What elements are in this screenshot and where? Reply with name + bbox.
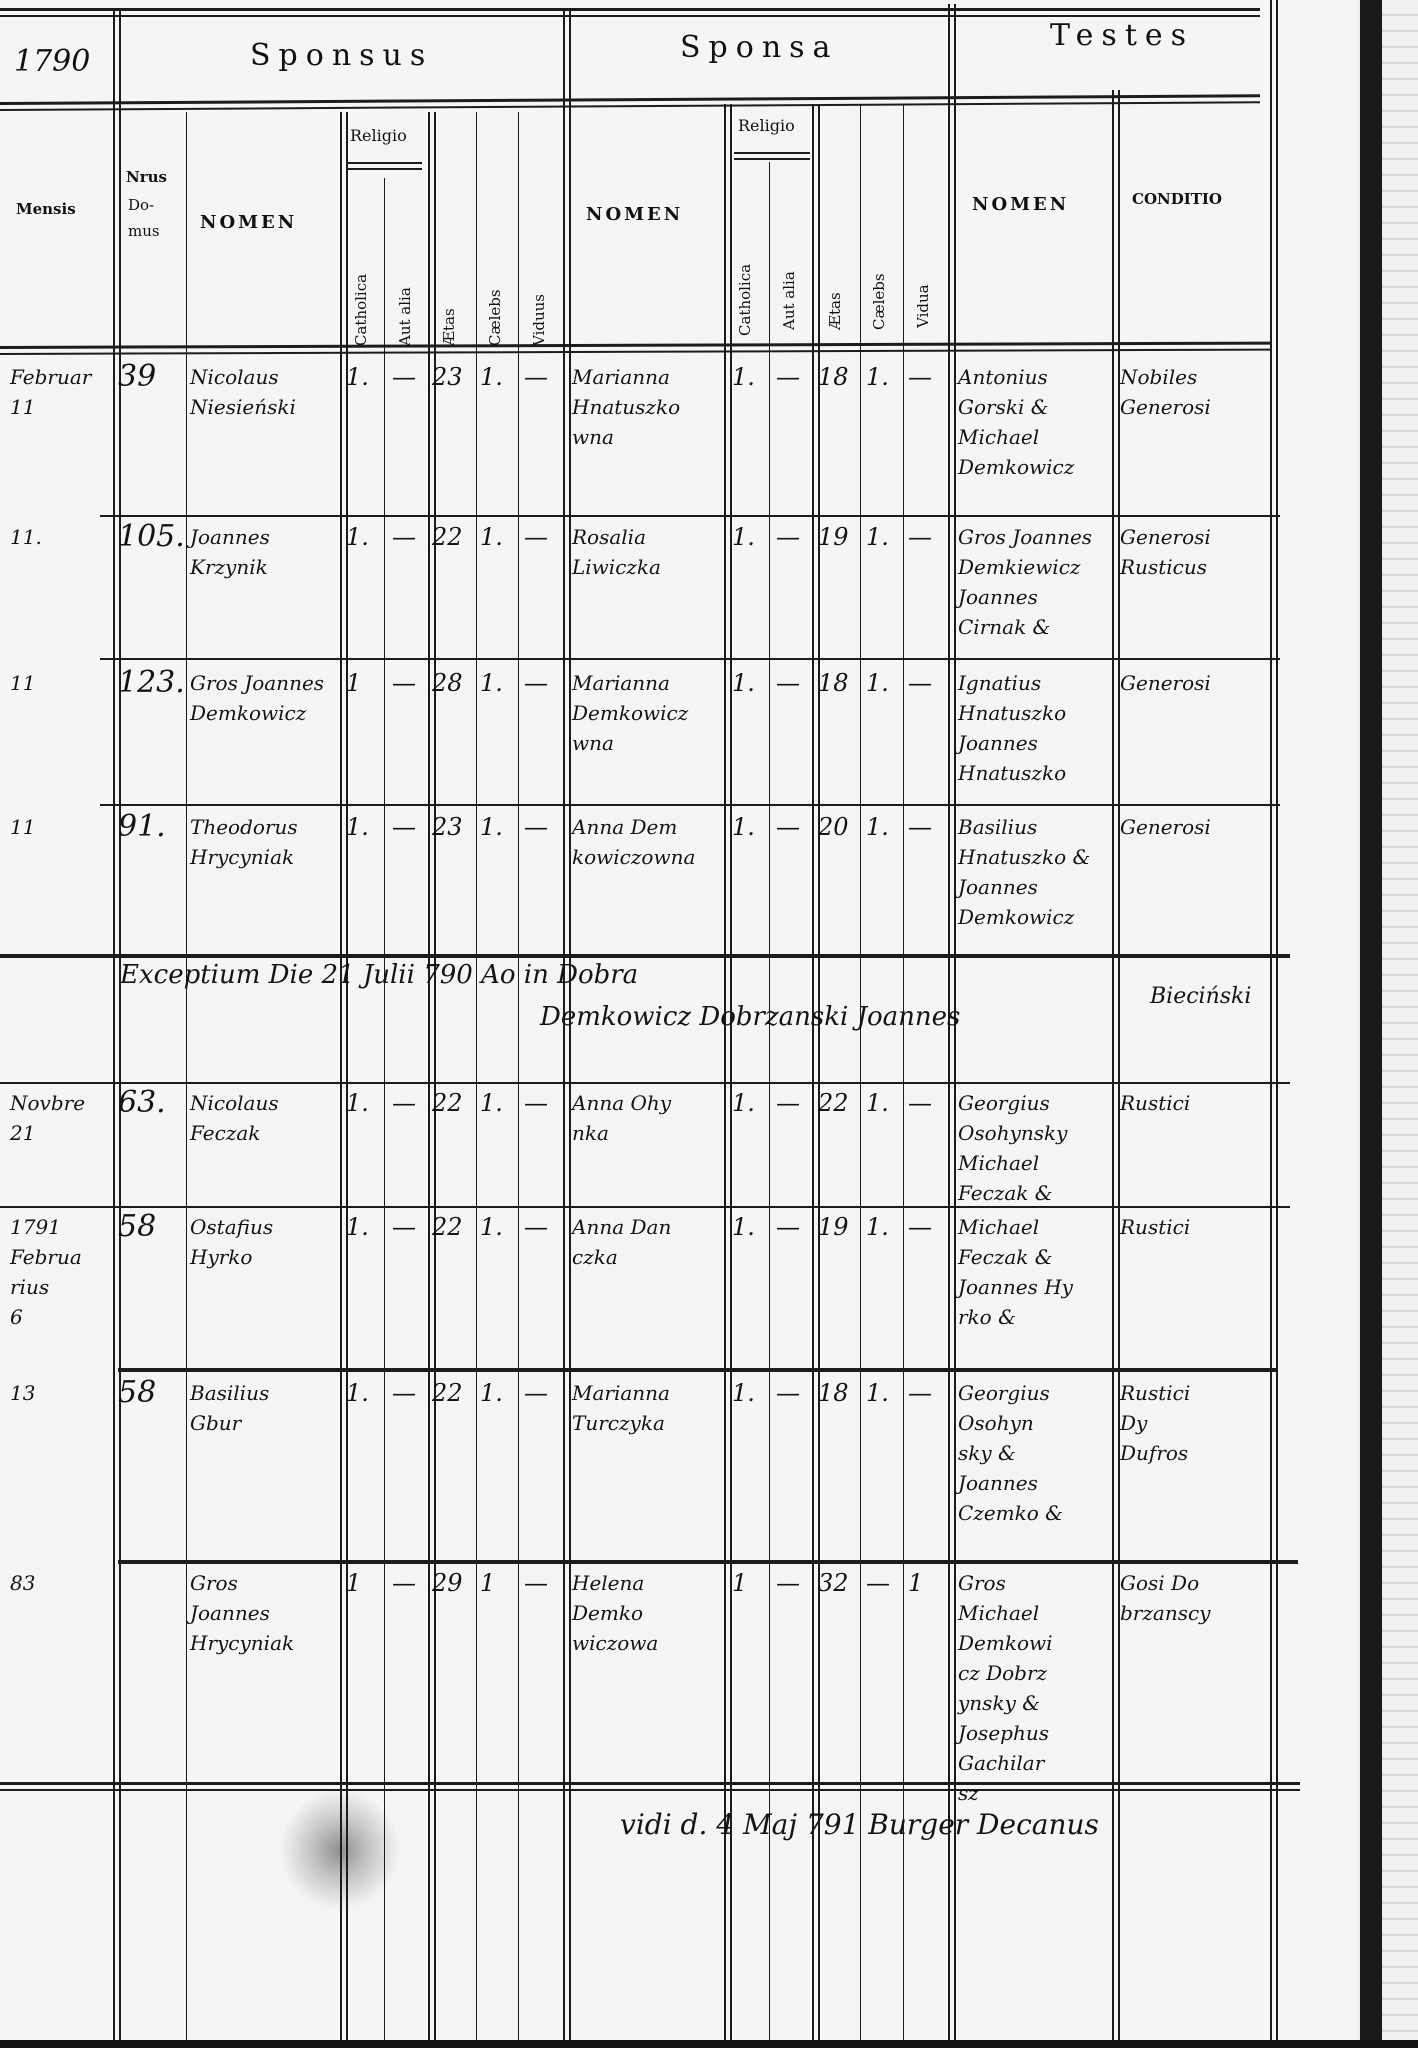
- cell-sponsus-nomen: Ostafius Hyrko: [190, 1212, 273, 1272]
- cell-sponsus-nomen: Nicolaus Feczak: [190, 1088, 279, 1148]
- cell-testes-conditio: Generosi Rusticus: [1120, 522, 1211, 582]
- col-domus-1: Do-: [128, 196, 154, 214]
- cell-mensis: 11: [10, 812, 35, 842]
- cell-sponsa-aut-alia: —: [776, 1378, 800, 1408]
- cell-sponsus-nomen: Theodorus Hrycyniak: [190, 812, 298, 872]
- cell-testes-nomen: Gros Michael Demkowi cz Dobrz ynsky & Jo…: [958, 1568, 1053, 1808]
- cell-sponsus-aetas: 22: [432, 1378, 463, 1408]
- cell-mensis: Novbre 21: [10, 1088, 85, 1148]
- cell-sponsa-catholica: 1: [732, 1568, 747, 1598]
- cell-testes-conditio: Generosi: [1120, 668, 1211, 698]
- cell-testes-conditio: Nobiles Generosi: [1120, 362, 1211, 422]
- cell-sponsa-caelebs: —: [866, 1568, 890, 1598]
- visitation-note: vidi d. 4 Maj 791 Burger Decanus: [620, 1808, 1099, 1841]
- col-sponsus-nomen: NOMEN: [200, 212, 297, 233]
- col-divider-aut-alia: [384, 178, 385, 2040]
- row-rule-4: [0, 954, 1290, 958]
- cell-sponsus-nomen: Gros Joannes Demkowicz: [190, 668, 324, 728]
- col-divider-sponsa-aut-alia: [769, 162, 770, 2040]
- cell-domus: 123.: [118, 668, 185, 698]
- row-rule-2: [100, 658, 1280, 660]
- col-divider-aetas: [428, 112, 436, 2040]
- cell-domus: 105.: [118, 522, 185, 552]
- cell-sponsa-catholica: 1.: [732, 362, 755, 392]
- footer-rule: [0, 1782, 1300, 1791]
- col-sponsus-aut-alia: Aut alia: [396, 287, 414, 346]
- col-divider-caelebs: [476, 112, 477, 2040]
- cell-sponsa-caelebs: 1.: [866, 1378, 889, 1408]
- cell-sponsus-catholica: 1.: [346, 362, 369, 392]
- cell-testes-nomen: Georgius Osohynsky Michael Feczak &: [958, 1088, 1067, 1208]
- cell-sponsus-aut-alia: —: [392, 668, 416, 698]
- cell-sponsa-nomen: Anna Ohy nka: [572, 1088, 671, 1148]
- cell-sponsa-aut-alia: —: [776, 1088, 800, 1118]
- cell-sponsa-catholica: 1.: [732, 1378, 755, 1408]
- cell-sponsa-catholica: 1.: [732, 1088, 755, 1118]
- cell-sponsus-viduus: —: [524, 1088, 548, 1118]
- col-sponsus-caelebs: Cælebs: [486, 289, 504, 346]
- cell-sponsus-catholica: 1.: [346, 522, 369, 552]
- cell-mensis: 83: [10, 1568, 35, 1598]
- cell-sponsa-aut-alia: —: [776, 522, 800, 552]
- cell-sponsa-aut-alia: —: [776, 668, 800, 698]
- exceptio-conditio: Bieciński: [1150, 984, 1251, 1009]
- book-binding: [1360, 0, 1382, 2048]
- cell-sponsa-caelebs: 1.: [866, 362, 889, 392]
- cell-domus: 63.: [118, 1088, 166, 1118]
- cell-sponsa-catholica: 1.: [732, 522, 755, 552]
- cell-testes-conditio: Rustici: [1120, 1212, 1190, 1242]
- row-rule-3: [100, 804, 1280, 806]
- cell-domus: 91.: [118, 812, 166, 842]
- cell-sponsus-viduus: —: [524, 362, 548, 392]
- cell-sponsus-catholica: 1: [346, 1568, 361, 1598]
- group-testes: Testes: [1050, 18, 1194, 53]
- cell-sponsa-nomen: Helena Demko wiczowa: [572, 1568, 658, 1658]
- page-edge: [1382, 0, 1418, 2048]
- religio-bar-sponsa: [734, 152, 810, 160]
- cell-sponsa-aut-alia: —: [776, 1568, 800, 1598]
- cell-sponsus-nomen: Nicolaus Niesieński: [190, 362, 296, 422]
- cell-sponsa-aetas: 20: [818, 812, 849, 842]
- cell-sponsa-aetas: 32: [818, 1568, 849, 1598]
- cell-sponsus-aut-alia: —: [392, 1212, 416, 1242]
- register-page: 1790 Sponsus Sponsa Testes Mensis Nrus D…: [0, 0, 1418, 2048]
- cell-sponsa-aetas: 18: [818, 362, 849, 392]
- cell-sponsus-viduus: —: [524, 1378, 548, 1408]
- cell-mensis: 11: [10, 668, 35, 698]
- col-sponsa-religio: Religio: [738, 116, 795, 135]
- col-divider-viduus: [518, 112, 519, 2040]
- col-sponsus-viduus: Viduus: [530, 294, 548, 346]
- cell-sponsus-viduus: —: [524, 522, 548, 552]
- col-sponsa-catholica: Catholica: [736, 264, 754, 336]
- col-sponsa-aut-alia: Aut alia: [780, 271, 798, 330]
- cell-sponsa-caelebs: 1.: [866, 812, 889, 842]
- cell-testes-conditio: Generosi: [1120, 812, 1211, 842]
- col-testes-nomen: NOMEN: [972, 194, 1069, 215]
- col-divider-year: [113, 10, 121, 2040]
- cell-sponsus-caelebs: 1.: [480, 1212, 503, 1242]
- cell-mensis: 1791 Februa rius 6: [10, 1212, 82, 1332]
- cell-sponsus-aut-alia: —: [392, 362, 416, 392]
- cell-sponsa-vidua: 1: [908, 1568, 923, 1598]
- cell-sponsa-aetas: 19: [818, 522, 849, 552]
- col-divider-conditio: [1112, 90, 1120, 2040]
- cell-sponsus-caelebs: 1.: [480, 1088, 503, 1118]
- cell-sponsa-caelebs: 1.: [866, 1088, 889, 1118]
- col-divider-sponsa-aetas: [812, 104, 820, 2040]
- row-rule-1: [100, 515, 1280, 517]
- cell-sponsa-vidua: —: [908, 1088, 932, 1118]
- cell-sponsa-nomen: Anna Dem kowiczowna: [572, 812, 695, 872]
- cell-sponsus-aut-alia: —: [392, 1088, 416, 1118]
- col-testes-conditio: CONDITIO: [1132, 190, 1222, 208]
- cell-sponsus-caelebs: 1.: [480, 668, 503, 698]
- religio-bar: [346, 162, 422, 170]
- col-sponsus-religio: Religio: [350, 126, 407, 145]
- col-divider-sponsa-vidua: [903, 104, 904, 2040]
- col-divider-domus: [186, 112, 187, 2040]
- group-sponsa: Sponsa: [680, 30, 838, 65]
- col-divider-sponsa-caelebs: [860, 104, 861, 2040]
- cell-domus: 58: [118, 1212, 156, 1242]
- exceptio-line-1: Exceptium Die 21 Julii 790 Ao in Dobra: [120, 960, 638, 990]
- col-divider-sponsa-religio: [724, 104, 732, 2040]
- cell-sponsa-nomen: Marianna Hnatuszko wna: [572, 362, 680, 452]
- cell-sponsus-viduus: —: [524, 1212, 548, 1242]
- cell-testes-conditio: Rustici: [1120, 1088, 1190, 1118]
- cell-sponsa-catholica: 1.: [732, 1212, 755, 1242]
- cell-mensis: 11.: [10, 522, 42, 552]
- cell-sponsus-catholica: 1.: [346, 1378, 369, 1408]
- cell-sponsa-aetas: 18: [818, 668, 849, 698]
- cell-sponsa-vidua: —: [908, 362, 932, 392]
- cell-sponsa-vidua: —: [908, 812, 932, 842]
- cell-sponsus-aetas: 23: [432, 362, 463, 392]
- cell-sponsus-caelebs: 1.: [480, 522, 503, 552]
- cell-sponsa-vidua: —: [908, 668, 932, 698]
- cell-sponsa-aut-alia: —: [776, 1212, 800, 1242]
- cell-sponsa-vidua: —: [908, 1212, 932, 1242]
- col-sponsa-aetas: Ætas: [826, 292, 844, 330]
- cell-testes-nomen: Ignatius Hnatuszko Joannes Hnatuszko: [958, 668, 1066, 788]
- col-sponsa-nomen: NOMEN: [586, 204, 683, 225]
- cell-sponsus-catholica: 1: [346, 668, 361, 698]
- cell-sponsus-caelebs: 1: [480, 1568, 495, 1598]
- cell-sponsus-viduus: —: [524, 1568, 548, 1598]
- cell-sponsus-catholica: 1.: [346, 812, 369, 842]
- cell-sponsus-viduus: —: [524, 812, 548, 842]
- cell-sponsus-catholica: 1.: [346, 1088, 369, 1118]
- cell-sponsus-caelebs: 1.: [480, 1378, 503, 1408]
- cell-sponsus-nomen: Gros Joannes Hrycyniak: [190, 1568, 294, 1658]
- col-sponsus-aetas: Ætas: [440, 308, 458, 346]
- cell-sponsus-catholica: 1.: [346, 1212, 369, 1242]
- cell-testes-nomen: Gros Joannes Demkiewicz Joannes Cirnak &: [958, 522, 1092, 642]
- cell-sponsa-catholica: 1.: [732, 668, 755, 698]
- cell-sponsus-aut-alia: —: [392, 522, 416, 552]
- cell-testes-nomen: Antonius Gorski & Michael Demkowicz: [958, 362, 1074, 482]
- cell-sponsa-nomen: Marianna Turczyka: [572, 1378, 670, 1438]
- cell-sponsa-nomen: Marianna Demkowicz wna: [572, 668, 688, 758]
- cell-sponsa-caelebs: 1.: [866, 1212, 889, 1242]
- row-rule-5: [0, 1082, 1290, 1084]
- cell-sponsa-nomen: Rosalia Liwiczka: [572, 522, 661, 582]
- cell-sponsus-aetas: 22: [432, 1088, 463, 1118]
- col-divider-religio: [340, 112, 348, 2040]
- register-year: 1790: [14, 44, 90, 79]
- cell-sponsus-aetas: 23: [432, 812, 463, 842]
- bottom-edge: [0, 2040, 1418, 2048]
- group-sponsus: Sponsus: [250, 38, 433, 73]
- cell-sponsa-catholica: 1.: [732, 812, 755, 842]
- cell-sponsus-caelebs: 1.: [480, 362, 503, 392]
- cell-sponsa-caelebs: 1.: [866, 668, 889, 698]
- cell-testes-conditio: Gosi Do brzanscy: [1120, 1568, 1210, 1628]
- cell-sponsa-nomen: Anna Dan czka: [572, 1212, 671, 1272]
- cell-domus: 39: [118, 362, 156, 392]
- cell-testes-nomen: Michael Feczak & Joannes Hy rko &: [958, 1212, 1073, 1332]
- cell-sponsa-vidua: —: [908, 522, 932, 552]
- cell-sponsus-aut-alia: —: [392, 1378, 416, 1408]
- cell-sponsus-viduus: —: [524, 668, 548, 698]
- cell-sponsus-nomen: Joannes Krzynik: [190, 522, 270, 582]
- header-bottom-rule: [0, 342, 1270, 355]
- cell-sponsa-aetas: 19: [818, 1212, 849, 1242]
- col-domus-2: mus: [128, 222, 160, 240]
- cell-sponsus-aetas: 29: [432, 1568, 463, 1598]
- cell-sponsa-aetas: 22: [818, 1088, 849, 1118]
- col-sponsa-vidua: Vidua: [914, 284, 932, 328]
- cell-testes-nomen: Basilius Hnatuszko & Joannes Demkowicz: [958, 812, 1090, 932]
- cell-sponsa-caelebs: 1.: [866, 522, 889, 552]
- cell-sponsa-aut-alia: —: [776, 362, 800, 392]
- cell-mensis: 13: [10, 1378, 35, 1408]
- top-rule: [0, 8, 1260, 17]
- cell-sponsus-aut-alia: —: [392, 1568, 416, 1598]
- cell-testes-conditio: Rustici Dy Dufros: [1120, 1378, 1190, 1468]
- cell-domus: 58: [118, 1378, 156, 1408]
- cell-mensis: Februar 11: [10, 362, 91, 422]
- cell-sponsa-aut-alia: —: [776, 812, 800, 842]
- cell-sponsus-aetas: 22: [432, 1212, 463, 1242]
- cell-sponsa-aetas: 18: [818, 1378, 849, 1408]
- cell-sponsus-aut-alia: —: [392, 812, 416, 842]
- row-rule-6: [0, 1206, 1290, 1208]
- header-rule: [0, 94, 1260, 111]
- col-mensis: Mensis: [16, 200, 76, 218]
- cell-sponsa-vidua: —: [908, 1378, 932, 1408]
- cell-testes-nomen: Georgius Osohyn sky & Joannes Czemko &: [958, 1378, 1063, 1528]
- row-rule-7: [118, 1368, 1278, 1372]
- cell-sponsus-aetas: 28: [432, 668, 463, 698]
- col-sponsa-caelebs: Cælebs: [870, 273, 888, 330]
- col-sponsus-catholica: Catholica: [352, 274, 370, 346]
- cell-sponsus-nomen: Basilius Gbur: [190, 1378, 269, 1438]
- col-nrus: Nrus: [126, 168, 167, 186]
- col-divider-right-margin: [1270, 0, 1278, 2040]
- exceptio-line-2: Demkowicz Dobrzanski Joannes: [540, 1002, 960, 1032]
- cell-sponsus-aetas: 22: [432, 522, 463, 552]
- row-rule-8: [118, 1560, 1298, 1564]
- cell-sponsus-caelebs: 1.: [480, 812, 503, 842]
